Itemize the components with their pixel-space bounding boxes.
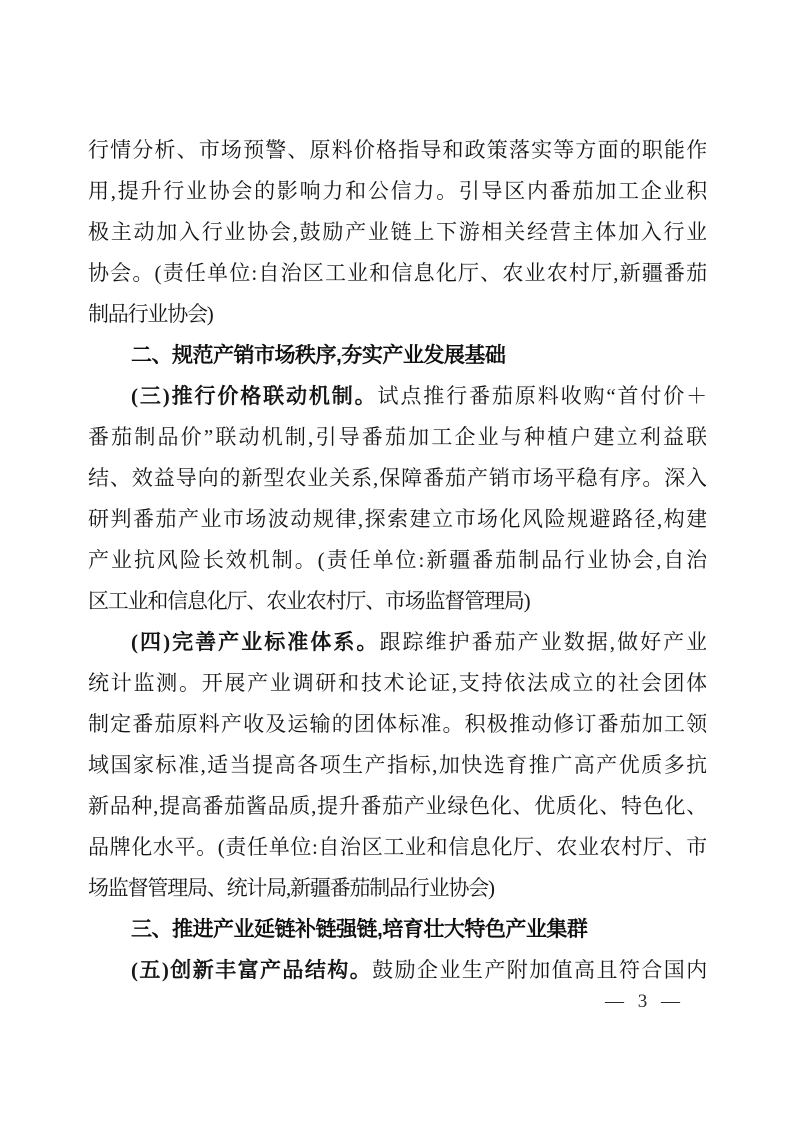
- section-heading-3: 三、推进产业延链补链强链,培育壮大特色产业集群: [88, 909, 706, 950]
- document-line: 行情分析、市场预警、原料价格指导和政策落实等方面的职能作: [88, 130, 706, 171]
- paragraph-text: 试点推行番茄原料收购“首付价＋: [378, 384, 706, 408]
- document-line: 用,提升行业协会的影响力和公信力。引导区内番茄加工企业积: [88, 171, 706, 212]
- document-body: 行情分析、市场预警、原料价格指导和政策落实等方面的职能作 用,提升行业协会的影响…: [88, 130, 706, 991]
- document-line: 协会。(责任单位:自治区工业和信息化厅、农业农村厅,新疆番茄: [88, 253, 706, 294]
- document-line: 域国家标准,适当提高各项生产指标,加快选育推广高产优质多抗: [88, 745, 706, 786]
- document-line: 制品行业协会): [88, 294, 706, 335]
- paragraph-lead-3: (三)推行价格联动机制。: [131, 384, 378, 408]
- document-line: 区工业和信息化厅、农业农村厅、市场监督管理局): [88, 581, 706, 622]
- document-line: 结、效益导向的新型农业关系,保障番茄产销市场平稳有序。深入: [88, 458, 706, 499]
- document-line: 极主动加入行业协会,鼓励产业链上下游相关经营主体加入行业: [88, 212, 706, 253]
- paragraph-lead-5: (五)创新丰富产品结构。: [131, 958, 372, 982]
- document-line: (三)推行价格联动机制。试点推行番茄原料收购“首付价＋: [88, 376, 706, 417]
- document-line: (四)完善产业标准体系。跟踪维护番茄产业数据,做好产业: [88, 622, 706, 663]
- paragraph-text: 鼓励企业生产附加值高且符合国内: [372, 958, 706, 982]
- document-line: (五)创新丰富产品结构。鼓励企业生产附加值高且符合国内: [88, 950, 706, 991]
- section-heading-2: 二、规范产销市场秩序,夯实产业发展基础: [88, 335, 706, 376]
- document-line: 番茄制品价”联动机制,引导番茄加工企业与种植户建立利益联: [88, 417, 706, 458]
- page-number: — 3 —: [598, 987, 688, 1017]
- paragraph-text: 跟踪维护番茄产业数据,做好产业: [379, 630, 706, 654]
- document-line: 统计监测。开展产业调研和技术论证,支持依法成立的社会团体: [88, 663, 706, 704]
- document-line: 场监督管理局、统计局,新疆番茄制品行业协会): [88, 868, 706, 909]
- document-line: 制定番茄原料产收及运输的团体标准。积极推动修订番茄加工领: [88, 704, 706, 745]
- document-page: 行情分析、市场预警、原料价格指导和政策落实等方面的职能作 用,提升行业协会的影响…: [0, 0, 793, 1122]
- document-line: 品牌化水平。(责任单位:自治区工业和信息化厅、农业农村厅、市: [88, 827, 706, 868]
- document-line: 产业抗风险长效机制。(责任单位:新疆番茄制品行业协会,自治: [88, 540, 706, 581]
- document-line: 研判番茄产业市场波动规律,探索建立市场化风险规避路径,构建: [88, 499, 706, 540]
- paragraph-lead-4: (四)完善产业标准体系。: [131, 630, 379, 654]
- document-line: 新品种,提高番茄酱品质,提升番茄产业绿色化、优质化、特色化、: [88, 786, 706, 827]
